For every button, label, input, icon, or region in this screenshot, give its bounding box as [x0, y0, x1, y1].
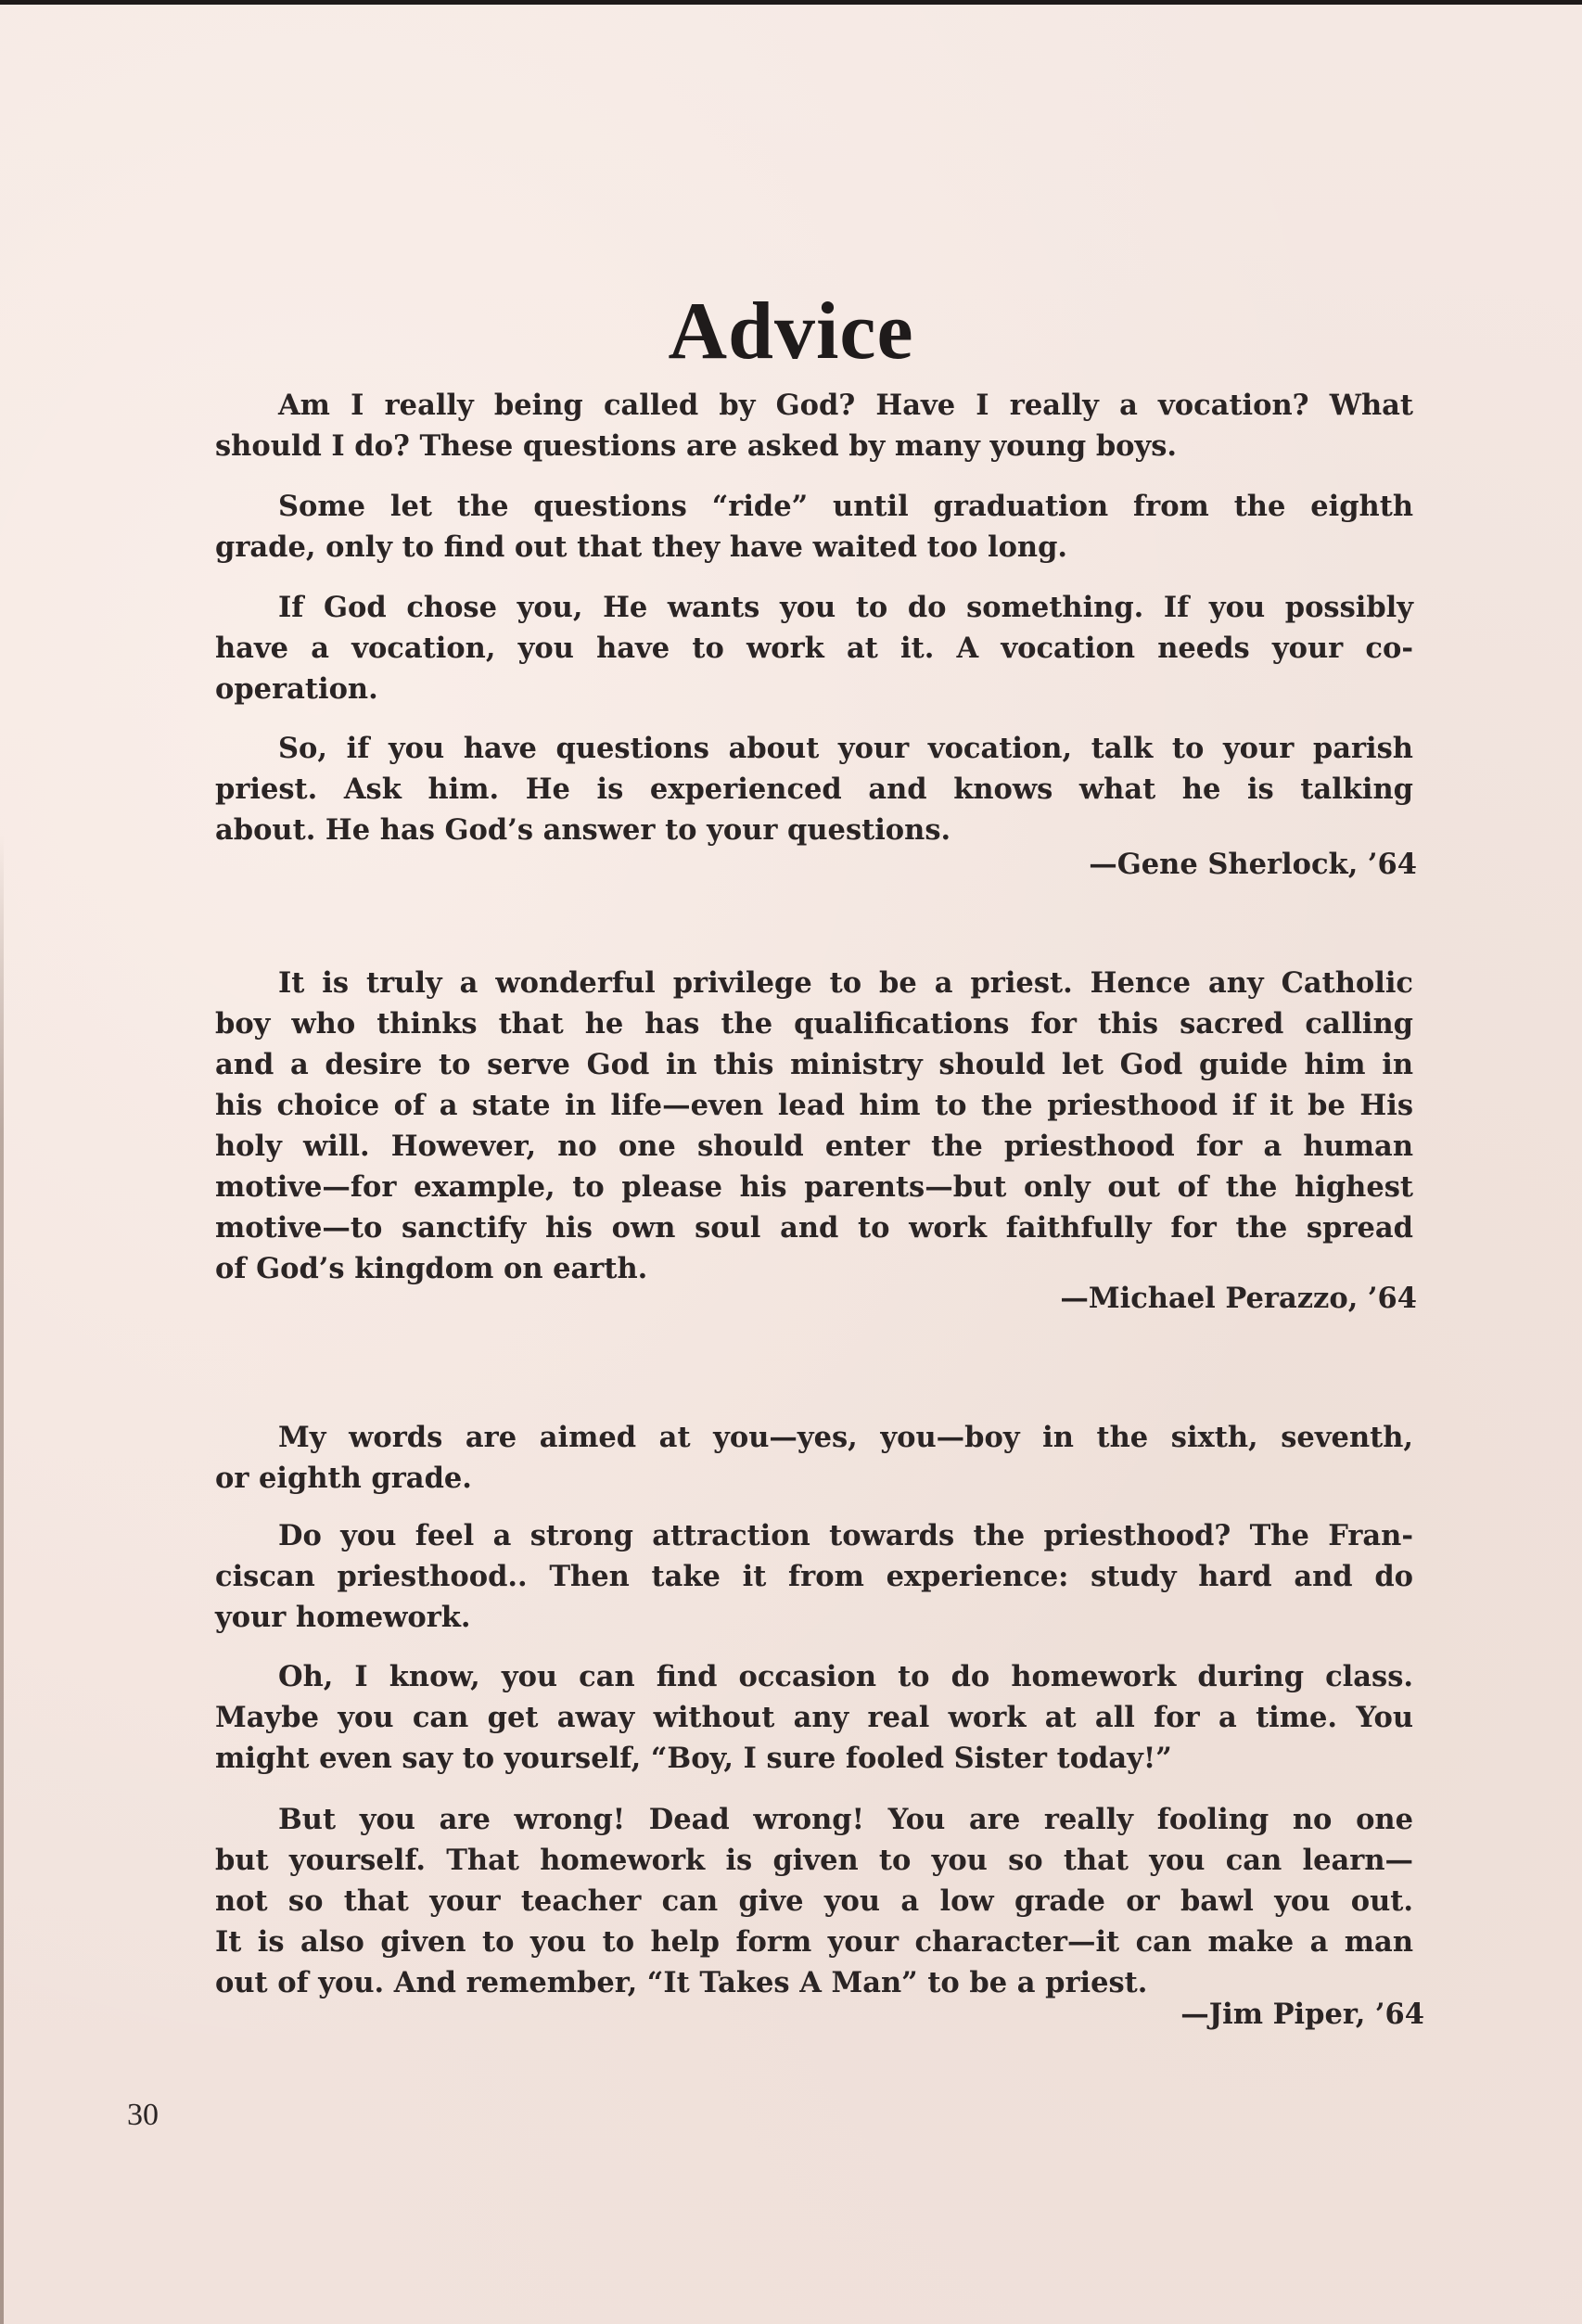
text-line: should I do? These questions are asked b… [215, 426, 1413, 466]
text-line: It is also given to you to help form you… [215, 1922, 1413, 1962]
text-line: ciscan priesthood.. Then take it from ex… [215, 1556, 1413, 1597]
page-title: Advice [0, 285, 1582, 378]
text-line: Maybe you can get away without any real … [215, 1697, 1413, 1738]
text-line: Some let the questions “ride” until grad… [278, 486, 1413, 527]
page-binding-edge [0, 835, 4, 2324]
text-line: his choice of a state in life—even lead … [215, 1085, 1413, 1126]
text-line: operation. [215, 669, 1413, 709]
text-line: Oh, I know, you can find occasion to do … [278, 1656, 1413, 1697]
text-line: motive—to sanctify his own soul and to w… [215, 1207, 1413, 1248]
text-line: have a vocation, you have to work at it.… [215, 628, 1413, 669]
text-line: If God chose you, He wants you to do som… [278, 587, 1413, 628]
text-line: but yourself. That homework is given to … [215, 1840, 1413, 1881]
text-line: motive—for example, to please his parent… [215, 1167, 1413, 1207]
text-line: But you are wrong! Dead wrong! You are r… [278, 1799, 1413, 1840]
text-line: So, if you have questions about your voc… [278, 728, 1413, 769]
text-line: or eighth grade. [215, 1458, 1413, 1499]
text-line: grade, only to find out that they have w… [215, 527, 1413, 568]
text-line: holy will. However, no one should enter … [215, 1126, 1413, 1167]
author-signature: —Jim Piper, ’64 [1180, 1994, 1424, 2035]
text-line: priest. Ask him. He is experienced and k… [215, 769, 1413, 810]
text-line: Am I really being called by God? Have I … [278, 385, 1413, 426]
text-line: My words are aimed at you—yes, you—boy i… [278, 1417, 1413, 1458]
text-line: not so that your teacher can give you a … [215, 1881, 1413, 1922]
text-line: might even say to yourself, “Boy, I sure… [215, 1738, 1413, 1779]
text-line: Do you feel a strong attraction towards … [278, 1515, 1413, 1556]
text-line: and a desire to serve God in this minist… [215, 1044, 1413, 1085]
text-line: It is truly a wonderful privilege to be … [278, 963, 1413, 1003]
text-line: your homework. [215, 1597, 1413, 1638]
text-line: boy who thinks that he has the qualifica… [215, 1003, 1413, 1044]
page-top-edge [0, 0, 1582, 5]
page-number: 30 [127, 2098, 159, 2133]
author-signature: —Gene Sherlock, ’64 [1089, 844, 1417, 885]
author-signature: —Michael Perazzo, ’64 [1060, 1278, 1417, 1319]
